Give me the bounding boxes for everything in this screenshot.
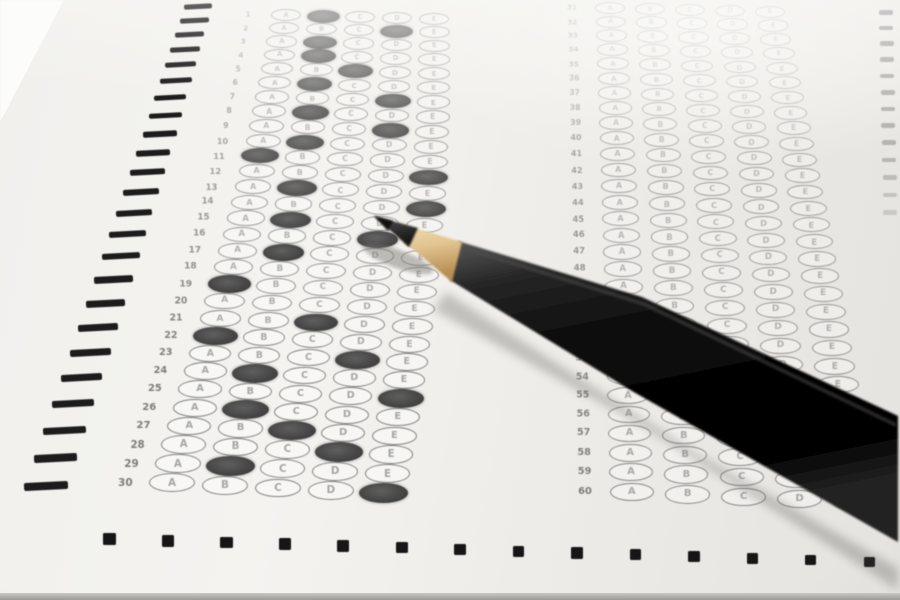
bubble-letter: A bbox=[622, 335, 629, 344]
question-number: 16 bbox=[193, 230, 205, 239]
answer-bubble: D bbox=[340, 334, 382, 351]
bubble-letter: B bbox=[676, 374, 683, 383]
answer-bubble: A bbox=[218, 243, 257, 259]
answer-bubble: E bbox=[779, 137, 814, 151]
timing-dash bbox=[94, 275, 133, 284]
bubble-letter: E bbox=[416, 271, 422, 280]
bubble-letter: E bbox=[432, 56, 437, 63]
bubble-letter: A bbox=[221, 296, 228, 305]
answer-bubble: D bbox=[724, 61, 756, 74]
bubble-letter: D bbox=[339, 428, 347, 438]
timing-dash bbox=[180, 17, 209, 23]
answer-bubble: D bbox=[769, 412, 812, 430]
question-number: 55 bbox=[576, 391, 589, 400]
answer-bubble: D bbox=[378, 80, 411, 93]
question-number: 60 bbox=[578, 487, 592, 497]
bubble-letter: A bbox=[613, 119, 619, 127]
answer-bubble: E bbox=[809, 321, 849, 337]
answer-bubble: D bbox=[370, 153, 406, 167]
answer-bubble: C bbox=[330, 137, 365, 151]
bubble-letter: A bbox=[234, 246, 241, 255]
bubble-letter: D bbox=[737, 64, 743, 71]
bubble-letter: C bbox=[704, 137, 710, 145]
answer-bubble: C bbox=[322, 182, 359, 197]
answer-bubble: E bbox=[774, 106, 808, 120]
answer-bubble: C bbox=[310, 246, 349, 262]
bubble-letter: D bbox=[763, 236, 770, 244]
answer-bubble: C bbox=[283, 367, 326, 385]
bubble-letter: A bbox=[196, 384, 204, 394]
answer-bubble: B bbox=[657, 334, 698, 351]
answer-bubble: C bbox=[685, 89, 718, 102]
bubble-letter: B bbox=[659, 136, 665, 144]
question-number: 31 bbox=[567, 5, 577, 12]
answer-bubble: A bbox=[261, 62, 293, 75]
answer-bubble: C bbox=[715, 410, 758, 428]
answer-bubble: B bbox=[635, 3, 665, 15]
timing-square bbox=[162, 535, 175, 547]
bubble-letter: A bbox=[617, 198, 623, 206]
answer-bubble: E bbox=[763, 47, 795, 60]
bubble-letter: D bbox=[376, 219, 383, 227]
answer-bubble: D bbox=[767, 393, 809, 410]
bubble-letter: C bbox=[305, 353, 312, 363]
bubble-letter: C bbox=[342, 155, 348, 163]
answer-bubble: A bbox=[601, 163, 637, 177]
answer-bubble: A bbox=[603, 228, 641, 243]
bubble-letter: C bbox=[323, 267, 329, 276]
bubble-letter: D bbox=[758, 203, 765, 211]
answer-bubble-filled bbox=[277, 180, 317, 196]
bubble-letter: A bbox=[238, 230, 245, 239]
answer-bubble: C bbox=[693, 166, 729, 180]
answer-bubble: E bbox=[406, 218, 444, 233]
answer-bubble: B bbox=[664, 465, 708, 483]
answer-bubble: E bbox=[415, 125, 449, 139]
bubble-letter: B bbox=[683, 470, 691, 480]
question-number: 6 bbox=[233, 79, 238, 87]
bubble-letter: A bbox=[610, 60, 615, 67]
answer-bubble: E bbox=[790, 201, 827, 216]
bubble-letter: A bbox=[202, 366, 209, 376]
question-number: 14 bbox=[202, 198, 214, 207]
timing-dash bbox=[69, 347, 110, 356]
answer-bubble: B bbox=[285, 150, 321, 164]
answer-bubble: A bbox=[607, 387, 649, 404]
bubble-letter: E bbox=[791, 124, 796, 132]
bubble-letter: C bbox=[301, 371, 308, 381]
answer-bubble: A bbox=[609, 444, 653, 462]
answer-bubble: C bbox=[303, 280, 343, 296]
question-number: 17 bbox=[189, 246, 201, 255]
bubble-letter: C bbox=[718, 268, 724, 277]
bubble-letter: D bbox=[774, 323, 781, 332]
bubble-letter: E bbox=[432, 16, 437, 23]
bubble-letter: D bbox=[744, 108, 750, 115]
bubble-letter: C bbox=[740, 492, 747, 502]
bubble-letter: B bbox=[674, 337, 681, 346]
answer-bubble: C bbox=[689, 134, 724, 148]
bubble-letter: A bbox=[616, 182, 622, 190]
answer-bubble: C bbox=[344, 24, 375, 36]
bubble-letter: E bbox=[820, 289, 826, 298]
answer-bubble: E bbox=[820, 395, 862, 412]
answer-bubble: D bbox=[730, 105, 764, 119]
bubble-letter: A bbox=[246, 198, 252, 206]
answer-bubble: C bbox=[677, 17, 708, 29]
bubble-letter: E bbox=[806, 204, 812, 212]
answer-bubble: A bbox=[606, 350, 647, 367]
edge-mark bbox=[880, 74, 894, 79]
answer-bubble: B bbox=[652, 246, 690, 262]
answer-bubble: B bbox=[275, 196, 312, 211]
answer-bubble: E bbox=[404, 234, 442, 250]
answer-bubble: E bbox=[416, 110, 450, 124]
answer-bubble: C bbox=[681, 60, 713, 73]
bubble-letter: A bbox=[612, 104, 618, 111]
question-number: 5 bbox=[235, 65, 240, 72]
question-number: 8 bbox=[226, 107, 231, 115]
bubble-letter: D bbox=[357, 337, 365, 346]
answer-bubble: C bbox=[319, 198, 356, 213]
timing-dash bbox=[184, 3, 212, 9]
answer-bubble: C bbox=[705, 300, 745, 316]
answer-bubble: C bbox=[299, 297, 339, 314]
answer-bubble: E bbox=[392, 318, 433, 335]
answer-bubble: A bbox=[161, 435, 206, 453]
bubble-letter: A bbox=[281, 25, 286, 32]
answer-bubble: D bbox=[754, 284, 793, 300]
answer-bubble: A bbox=[258, 76, 291, 89]
question-number: 10 bbox=[217, 137, 228, 145]
edge-mark bbox=[880, 41, 894, 46]
question-number: 13 bbox=[206, 182, 218, 190]
answer-bubble: E bbox=[386, 353, 428, 370]
bubble-letter: B bbox=[675, 356, 682, 365]
bubble-letter: E bbox=[788, 109, 793, 116]
question-number: 23 bbox=[159, 348, 172, 358]
timing-dash bbox=[52, 399, 94, 408]
question-number: 21 bbox=[169, 313, 182, 322]
bubble-letter: D bbox=[732, 35, 738, 42]
answer-bubble: B bbox=[644, 133, 679, 147]
edge-mark bbox=[881, 90, 895, 95]
bubble-letter: A bbox=[191, 403, 199, 413]
answer-bubble: B bbox=[648, 180, 684, 195]
answer-bubble-filled bbox=[294, 314, 338, 332]
answer-bubble: C bbox=[704, 282, 743, 298]
bubble-letter: A bbox=[263, 122, 269, 130]
timing-dash bbox=[143, 130, 177, 137]
answer-bubble: E bbox=[817, 376, 859, 393]
answer-bubble: D bbox=[756, 302, 796, 318]
answer-bubble: C bbox=[279, 385, 322, 403]
answer-bubble: A bbox=[605, 314, 645, 330]
question-number: 29 bbox=[124, 458, 138, 468]
question-number: 15 bbox=[197, 214, 209, 223]
answer-bubble: D bbox=[325, 406, 369, 424]
bubble-letter: A bbox=[624, 372, 631, 381]
answer-bubble: D bbox=[775, 470, 819, 488]
bubble-letter: B bbox=[305, 124, 311, 132]
bubble-letter: C bbox=[709, 185, 715, 193]
answer-bubble: D bbox=[745, 216, 782, 231]
question-number: 52 bbox=[575, 335, 588, 344]
answer-bubble: C bbox=[691, 150, 726, 164]
bubble-letter: B bbox=[314, 66, 319, 73]
bubble-letter: C bbox=[698, 92, 703, 99]
timing-dash bbox=[78, 323, 118, 332]
bubble-letter: C bbox=[352, 82, 357, 89]
bubble-letter: B bbox=[684, 489, 692, 499]
bubble-letter: A bbox=[608, 18, 613, 25]
answer-bubble: B bbox=[637, 30, 668, 42]
answer-bubble: E bbox=[766, 62, 798, 75]
bubble-letter: A bbox=[624, 391, 631, 401]
timing-dash bbox=[116, 209, 153, 217]
bubble-letter: D bbox=[391, 83, 397, 90]
answer-bubble: A bbox=[597, 43, 629, 56]
bubble-letter: A bbox=[622, 317, 629, 326]
answer-bubble: A bbox=[200, 310, 241, 327]
answer-bubble: C bbox=[316, 214, 354, 229]
answer-bubble: C bbox=[718, 448, 762, 466]
question-number: 24 bbox=[154, 366, 168, 376]
bubble-letter: B bbox=[247, 387, 254, 397]
bubble-letter: A bbox=[283, 12, 288, 19]
timing-dash bbox=[165, 61, 196, 68]
answer-bubble: C bbox=[696, 198, 733, 213]
answer-bubble: E bbox=[814, 358, 855, 375]
bubble-letter: D bbox=[770, 288, 777, 297]
edge-mark bbox=[879, 26, 893, 31]
answer-bubble: B bbox=[653, 263, 692, 279]
answer-bubble: E bbox=[804, 286, 843, 302]
answer-bubble-filled bbox=[222, 400, 269, 419]
answer-sheet-grid: 1ACDE2ABCE3ACDE4ACDE5ABDE6ACDE7ABCE8ACDE… bbox=[0, 0, 900, 600]
answer-bubble: A bbox=[596, 29, 627, 41]
answer-bubble: C bbox=[327, 152, 363, 166]
bubble-letter: D bbox=[777, 341, 785, 350]
question-number: 48 bbox=[574, 265, 586, 274]
bubble-letter: E bbox=[797, 156, 802, 164]
answer-bubble: C bbox=[721, 488, 766, 506]
bubble-letter: D bbox=[350, 373, 358, 383]
answer-bubble: D bbox=[739, 167, 775, 181]
answer-bubble: C bbox=[686, 104, 720, 118]
bubble-letter: B bbox=[654, 76, 659, 83]
bubble-letter: B bbox=[260, 333, 267, 342]
bubble-letter: C bbox=[320, 283, 327, 292]
answer-bubble: D bbox=[737, 151, 772, 165]
bubble-letter: D bbox=[394, 15, 399, 22]
bubble-letter: D bbox=[727, 7, 732, 14]
question-number: 58 bbox=[577, 448, 590, 458]
answer-bubble: E bbox=[412, 155, 448, 169]
answer-bubble: E bbox=[394, 301, 434, 318]
question-number: 59 bbox=[578, 467, 592, 477]
bubble-letter: A bbox=[628, 487, 636, 497]
timing-dash bbox=[33, 453, 77, 463]
bubble-letter: C bbox=[335, 202, 341, 210]
answer-bubble: A bbox=[605, 296, 645, 312]
answer-bubble: C bbox=[688, 119, 722, 133]
question-number: 43 bbox=[572, 182, 583, 190]
bubble-letter: C bbox=[706, 153, 712, 161]
bubble-letter: B bbox=[232, 442, 240, 452]
bubble-letter: D bbox=[366, 285, 373, 294]
bubble-letter: C bbox=[337, 186, 343, 194]
bubble-letter: E bbox=[391, 431, 398, 441]
answer-bubble: A bbox=[223, 227, 261, 243]
edge-mark bbox=[879, 10, 893, 15]
answer-bubble: C bbox=[694, 182, 730, 197]
answer-bubble: B bbox=[238, 347, 280, 364]
bubble-letter: D bbox=[788, 435, 796, 445]
bubble-letter: A bbox=[627, 467, 635, 477]
answer-bubble: D bbox=[379, 66, 411, 79]
answer-bubble: C bbox=[338, 79, 371, 92]
answer-bubble: A bbox=[231, 195, 268, 210]
bubble-letter: B bbox=[658, 121, 664, 129]
answer-bubble: D bbox=[726, 75, 759, 88]
question-number: 27 bbox=[136, 421, 150, 431]
question-number: 28 bbox=[130, 440, 144, 450]
bubble-letter: D bbox=[730, 21, 736, 28]
answer-bubble: D bbox=[329, 387, 372, 405]
question-number: 30 bbox=[118, 478, 133, 488]
question-number: 56 bbox=[577, 410, 590, 420]
bubble-letter: B bbox=[673, 319, 680, 328]
answer-bubble: D bbox=[382, 12, 412, 24]
bubble-letter: C bbox=[715, 234, 721, 242]
answer-bubble-filled bbox=[335, 351, 380, 369]
timing-dash bbox=[43, 426, 86, 436]
answer-bubble: D bbox=[728, 90, 761, 103]
answer-bubble: E bbox=[755, 6, 785, 18]
answer-bubble: E bbox=[771, 91, 804, 104]
bubble-letter: D bbox=[386, 141, 392, 149]
timing-square bbox=[805, 555, 816, 566]
question-number: 7 bbox=[230, 93, 235, 101]
bubble-letter: A bbox=[619, 248, 626, 257]
timing-dash bbox=[24, 481, 68, 491]
answer-bubble: B bbox=[654, 280, 693, 296]
answer-bubble: B bbox=[202, 476, 248, 495]
answer-bubble: C bbox=[713, 391, 755, 408]
question-number: 19 bbox=[179, 279, 192, 288]
edge-mark bbox=[882, 158, 896, 163]
bubble-letter: D bbox=[343, 410, 351, 420]
answer-bubble: B bbox=[658, 352, 699, 369]
timing-dash bbox=[136, 149, 171, 157]
answer-bubble: E bbox=[418, 67, 450, 80]
answer-bubble-filled bbox=[307, 10, 340, 23]
bubble-letter: D bbox=[791, 455, 799, 465]
answer-bubble: E bbox=[796, 234, 834, 249]
answer-bubble: A bbox=[269, 22, 300, 34]
bubble-letter: E bbox=[430, 113, 435, 121]
bubble-letter: E bbox=[794, 140, 799, 148]
timing-dash bbox=[102, 252, 140, 260]
timing-square bbox=[279, 538, 292, 550]
answer-bubble: D bbox=[380, 52, 412, 65]
timing-dash bbox=[109, 230, 146, 238]
answer-bubble: A bbox=[599, 101, 633, 115]
bubble-letter: C bbox=[689, 20, 694, 27]
answer-bubble: A bbox=[604, 279, 643, 295]
bubble-letter: A bbox=[272, 79, 278, 86]
bubble-letter: A bbox=[611, 75, 617, 82]
answer-bubble: A bbox=[271, 9, 301, 21]
bubble-letter: D bbox=[772, 305, 779, 314]
answer-bubble: C bbox=[709, 336, 750, 353]
bubble-letter: D bbox=[746, 123, 752, 131]
bubble-letter: D bbox=[382, 172, 389, 180]
bubble-letter: D bbox=[369, 269, 376, 278]
bubble-letter: C bbox=[274, 483, 282, 493]
question-number: 18 bbox=[184, 263, 197, 272]
answer-bubble: C bbox=[343, 37, 374, 49]
bubble-letter: C bbox=[688, 7, 693, 14]
answer-bubble: B bbox=[300, 63, 332, 76]
answer-bubble: B bbox=[662, 427, 705, 445]
answer-bubble: C bbox=[701, 248, 739, 264]
bubble-letter: B bbox=[664, 200, 670, 208]
answer-bubble: E bbox=[401, 250, 440, 266]
answer-bubble: D bbox=[321, 424, 365, 442]
answer-bubble: C bbox=[255, 479, 301, 498]
bubble-letter: C bbox=[329, 234, 335, 243]
edge-mark bbox=[883, 193, 897, 198]
answer-bubble: E bbox=[785, 168, 821, 182]
answer-bubble: B bbox=[306, 23, 337, 35]
bubble-letter: E bbox=[785, 94, 790, 101]
answer-bubble: A bbox=[178, 380, 221, 398]
answer-bubble: A bbox=[610, 483, 655, 501]
answer-bubble: D bbox=[368, 169, 404, 184]
answer-bubble: B bbox=[229, 383, 272, 401]
bubble-letter: A bbox=[269, 93, 275, 100]
answer-bubble-filled bbox=[303, 36, 337, 49]
answer-bubble: B bbox=[647, 164, 683, 178]
answer-bubble: A bbox=[173, 399, 217, 417]
photo-bottom-edge bbox=[0, 593, 900, 600]
bubble-letter: D bbox=[392, 69, 398, 76]
bubble-letter: B bbox=[678, 393, 685, 403]
answer-bubble: C bbox=[675, 4, 705, 16]
bubble-letter: A bbox=[185, 421, 193, 431]
answer-bubble: A bbox=[149, 473, 195, 492]
answer-bubble: E bbox=[825, 433, 868, 451]
answer-bubble-filled bbox=[406, 201, 446, 217]
answer-bubble: B bbox=[641, 88, 674, 101]
question-number: 1 bbox=[246, 12, 251, 19]
question-number: 25 bbox=[148, 384, 162, 394]
answer-bubble: E bbox=[801, 268, 840, 284]
question-number: 3 bbox=[241, 38, 246, 45]
bubble-letter: A bbox=[614, 135, 620, 143]
bubble-letter: B bbox=[297, 169, 303, 177]
bubble-letter: E bbox=[422, 221, 428, 229]
bubble-letter: D bbox=[393, 41, 399, 48]
answer-bubble: C bbox=[678, 31, 709, 43]
answer-bubble: D bbox=[749, 250, 787, 266]
answer-bubble: A bbox=[604, 261, 643, 277]
bubble-letter: B bbox=[681, 450, 689, 460]
bubble-letter: B bbox=[663, 183, 669, 191]
answer-bubble: C bbox=[332, 122, 366, 136]
